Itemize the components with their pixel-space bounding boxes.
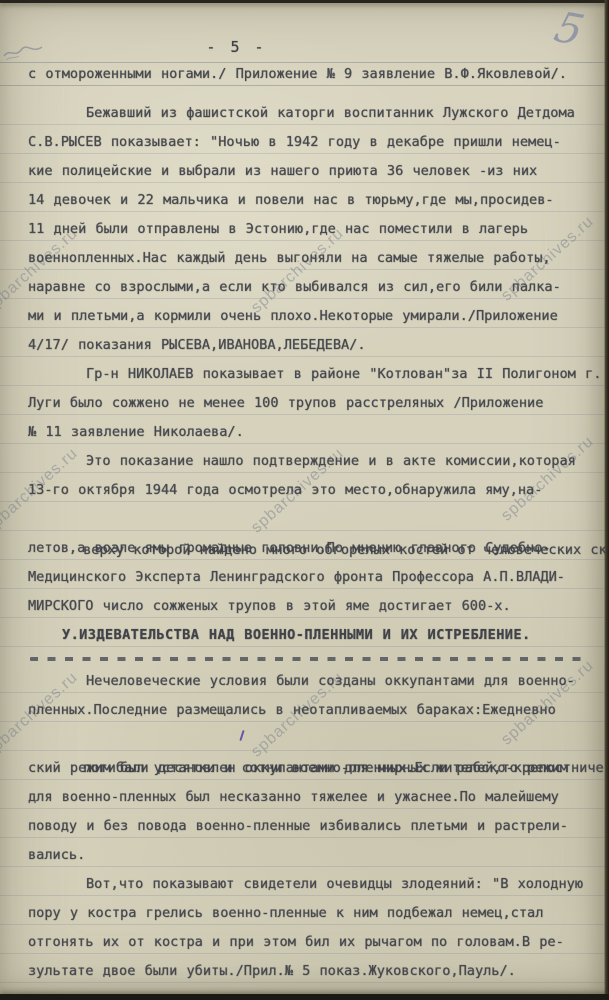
text-line: 13-го октября 1944 года осмотрела это ме… [28, 476, 605, 505]
section-heading: У.ИЗДЕВАТЕЛЬСТВА НАД ВОЕННО-ПЛЕННЫМИ И И… [28, 621, 605, 650]
text-line: Это показание нашло подтверждение и в ак… [28, 447, 605, 476]
text-line: для военно-пленных был несказанно тяжеле… [28, 783, 605, 812]
text-line: верху которой найдено много обгорелых ко… [28, 505, 605, 534]
text-line: 14 девочек и 22 мальчика и повели нас в … [28, 186, 605, 215]
heading-underline [30, 657, 582, 661]
text-line: отгонять их от костра и при этом бил их … [28, 928, 605, 957]
scan-edge-right [604, 0, 609, 1000]
text-line: Луги было сожжено не менее 100 трупов ра… [28, 389, 605, 418]
text-line: с отмороженными ногами./ Приложение № 9 … [28, 60, 605, 89]
text-line: кие полицейские и выбрали из нашего прию… [28, 157, 605, 186]
text-line: С.В.РЫСЕВ показывает: "Ночью в 1942 году… [28, 128, 605, 157]
text-line: пору у костра грелись военно-пленные к н… [28, 899, 605, 928]
text-line: поводу и без повода военно-пленные избив… [28, 812, 605, 841]
text-line: погибали десятки и сотни военно-пленных.… [28, 725, 605, 754]
scanned-document-page: spbarchives.ru spbarchives.ru spbarchive… [0, 0, 609, 1000]
text-line: Бежавший из фашистской каторги воспитанн… [28, 99, 605, 128]
line-gap [28, 89, 605, 99]
text-line: ми и плетьми,а кормили очень плохо.Некот… [28, 302, 605, 331]
text-line: № 11 заявление Николаева/. [28, 418, 605, 447]
scan-edge-bottom [0, 994, 609, 1000]
document-text: с отмороженными ногами./ Приложение № 9 … [28, 60, 605, 986]
text-line: Нечеловеческие условия были созданы окку… [28, 667, 605, 696]
pencil-scribble [2, 40, 48, 64]
text-line: наравне со взрослыми,а если кто выбивалс… [28, 273, 605, 302]
handwritten-page-number: 5 [550, 2, 590, 54]
page-number: - 5 - [0, 38, 541, 56]
text-line: ский режим был установлен оккупантами дл… [28, 754, 605, 783]
text-line: Вот,что показывают свидетели очевидцы зл… [28, 870, 605, 899]
text-line: 11 дней были отправлены в Эстонию,где на… [28, 215, 605, 244]
scan-edge-top [0, 0, 609, 3]
text-line: 4/17/ показания РЫСЕВА,ИВАНОВА,ЛЕБЕДЕВА/… [28, 331, 605, 360]
text-line: Гр-н НИКОЛАЕВ показывает в районе "Котло… [28, 360, 605, 389]
text-line: зультате двое были убиты./Прил.№ 5 показ… [28, 957, 605, 986]
text-line: вались. [28, 841, 605, 870]
text-line: Медицинского Эксперта Ленинградского фро… [28, 563, 605, 592]
text-line: МИРСКОГО число сожженых трупов в этой ям… [28, 592, 605, 621]
ink-mark [239, 730, 244, 741]
text-line: пленных.Последние размещались в неотапли… [28, 696, 605, 725]
text-line: летов,а возле ямы громадные головни.По м… [28, 534, 605, 563]
text-line: военнопленных.Нас каждый день выгоняли н… [28, 244, 605, 273]
